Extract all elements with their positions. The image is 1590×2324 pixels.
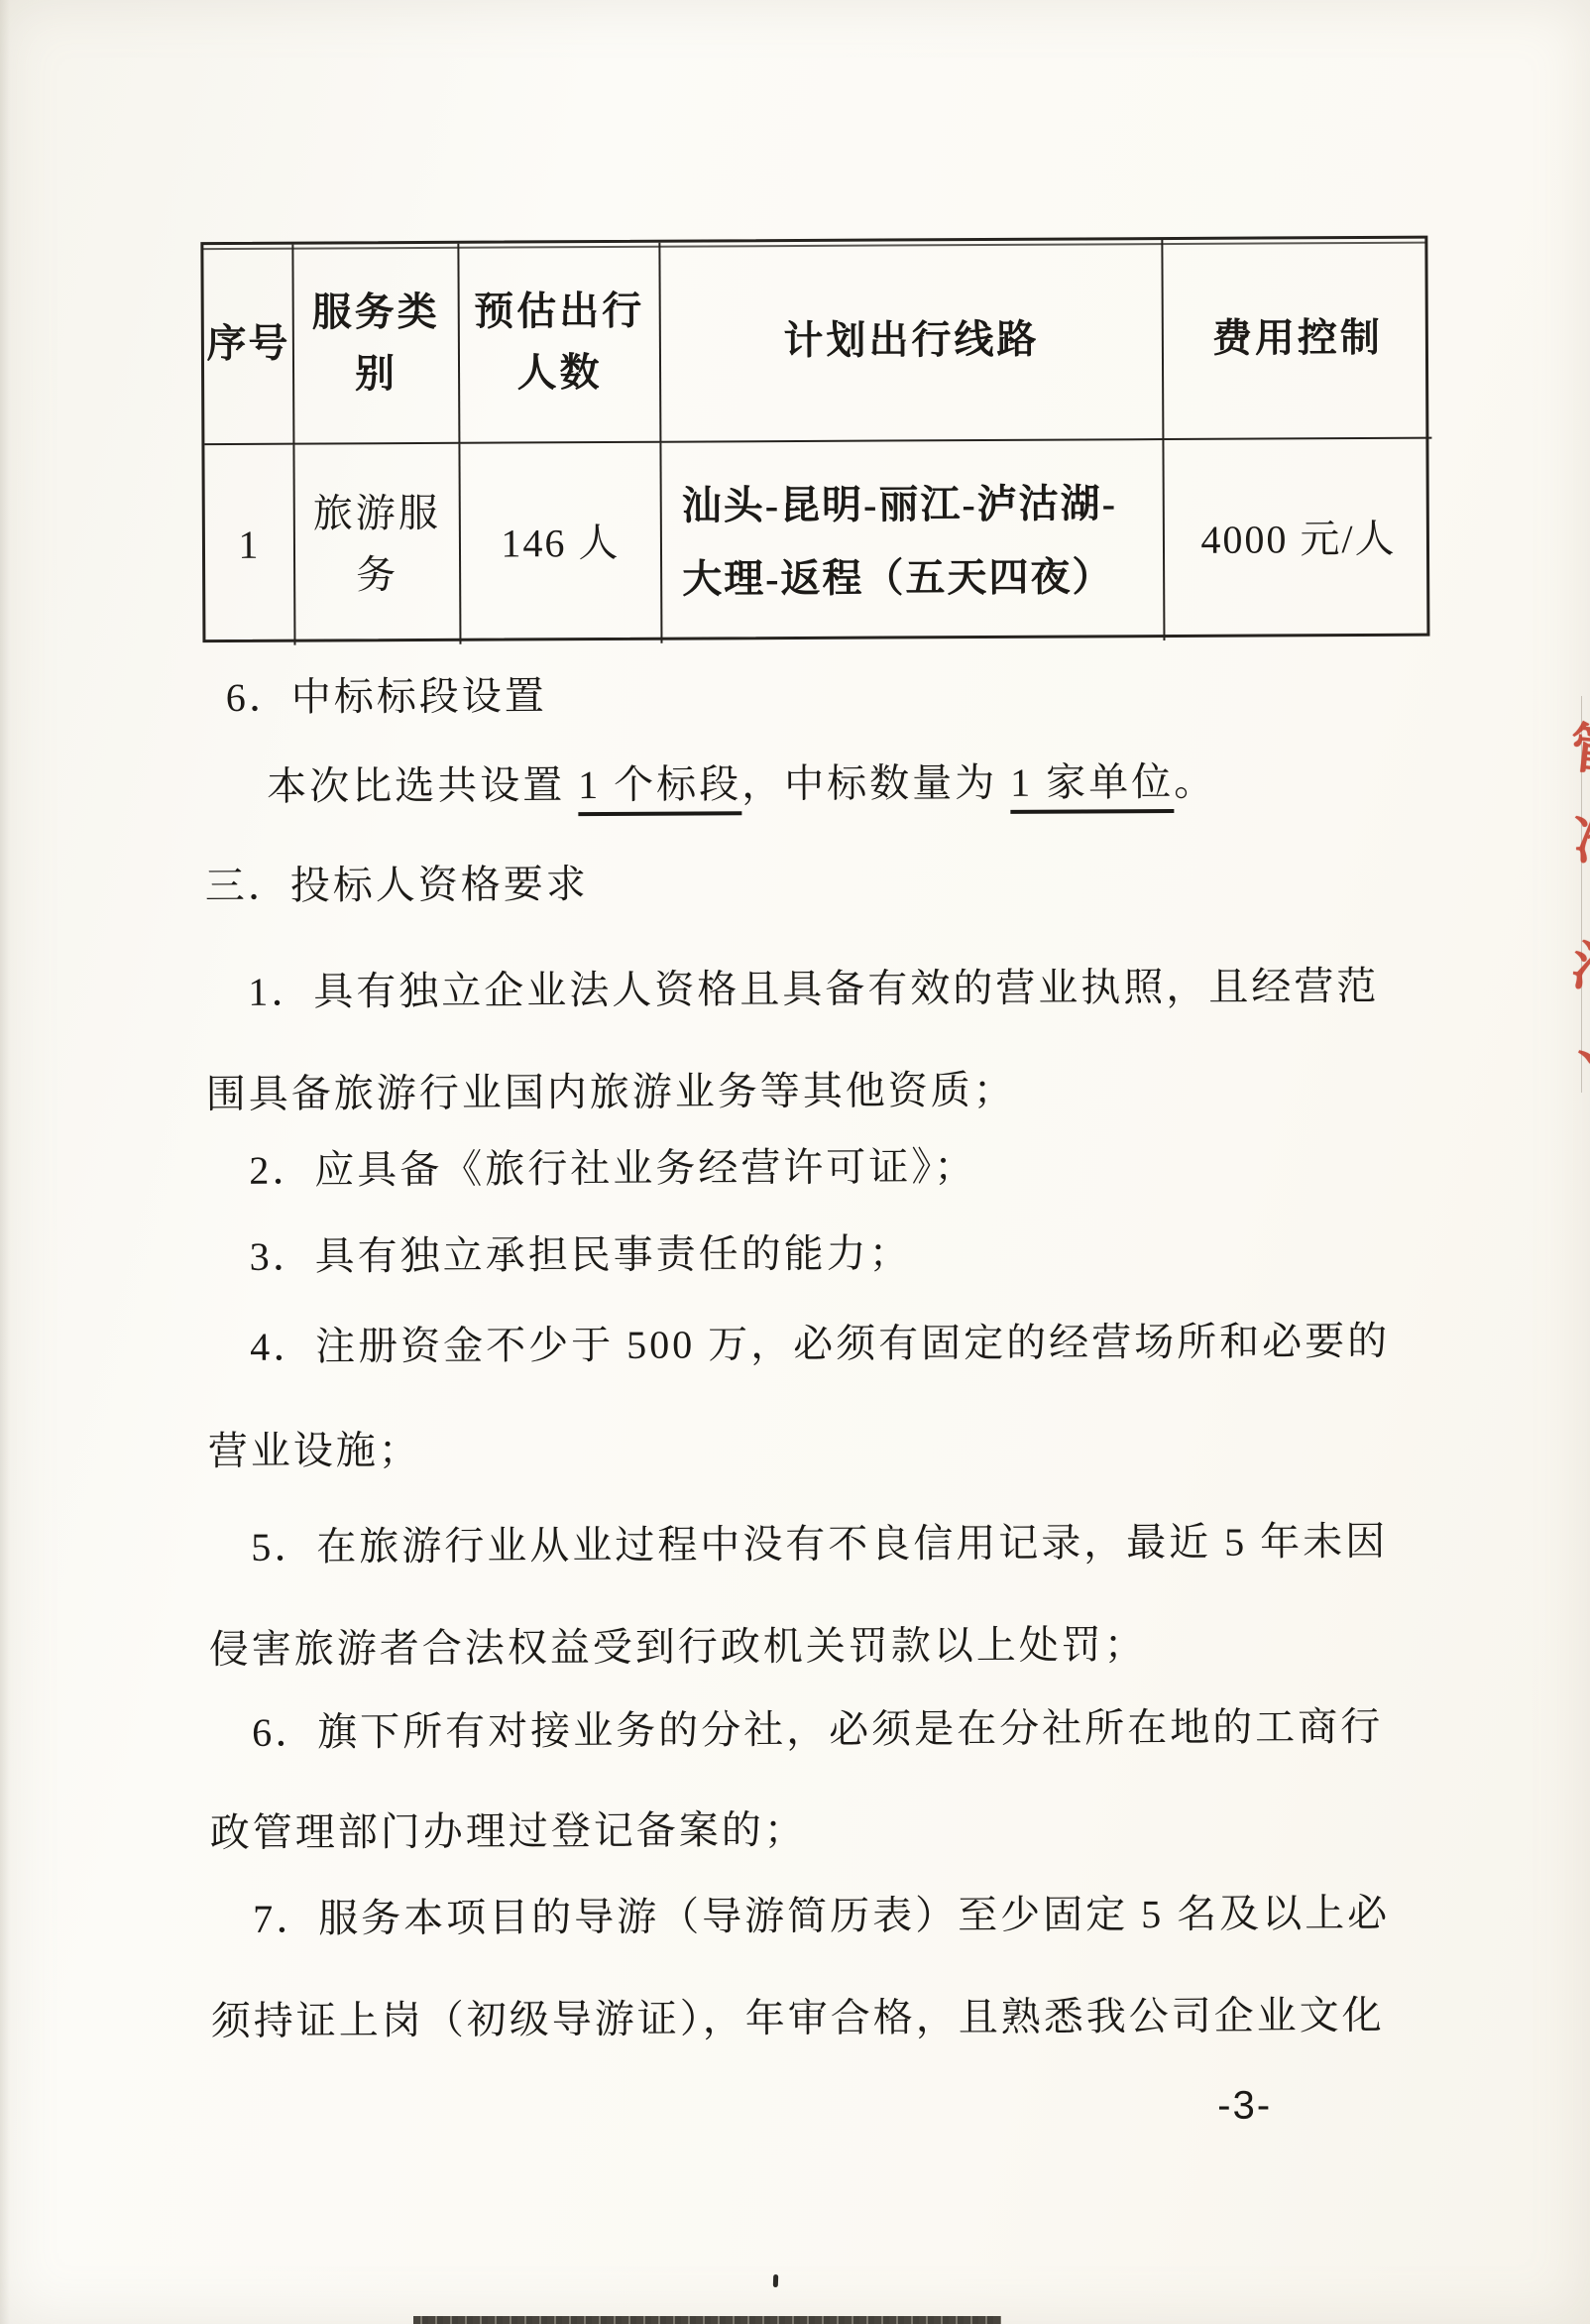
bid-underlined-1: 1 个标段 <box>578 761 741 816</box>
heading-item6: 6．中标标段设置 <box>226 673 547 725</box>
req-line: 3．具有独立承担民事责任的能力； <box>250 1230 912 1283</box>
bid-text-3: 。 <box>1174 759 1216 804</box>
heading-part3: 三．投标人资格要求 <box>205 862 589 913</box>
req-line: 7．服务本项目的导游（导游简历表）至少固定 5 名及以上必 <box>253 1891 1390 1946</box>
req-line: 5．在旅游行业从业过程中没有不良信用记录，最近 5 年未因 <box>251 1519 1388 1574</box>
red-ink-fragment: 冷 <box>1572 811 1590 869</box>
table-header-people: 预估出行人数 <box>459 243 661 444</box>
bid-text-1: 本次比选共设置 <box>267 762 578 809</box>
scan-speck <box>773 2274 778 2287</box>
bid-text-2: ，中标数量为 <box>741 760 1010 806</box>
scan-left-edge-shade <box>0 0 10 2324</box>
table-cell-people: 146 人 <box>460 443 662 644</box>
page-number: -3- <box>1217 2083 1272 2128</box>
table-cell-category: 旅游服务 <box>294 444 461 645</box>
service-table: 序号 服务类别 预估出行人数 计划出行线路 费用控制 1 旅游服务 146 人 … <box>200 236 1429 642</box>
table-header-seq: 序号 <box>203 245 294 445</box>
scanned-document-page: 序号 服务类别 预估出行人数 计划出行线路 费用控制 1 旅游服务 146 人 … <box>0 0 1590 2324</box>
req-line: 围具备旅游行业国内旅游业务等其他资质； <box>206 1068 1016 1121</box>
req-line: 侵害旅游者合法权益受到行政机关罚款以上处罚； <box>209 1622 1147 1677</box>
bid-section-line: 本次比选共设置 1 个标段，中标数量为 1 家单位。 <box>267 759 1216 814</box>
req-line: 政管理部门办理过登记备案的； <box>210 1807 807 1860</box>
table-cell-route: 汕头-昆明-丽江-泸沽湖- 大理-返程（五天四夜） <box>661 440 1165 643</box>
scan-bottom-strip <box>413 2316 1001 2324</box>
bid-underlined-2: 1 家单位 <box>1010 759 1174 814</box>
table-header-category: 服务类别 <box>293 244 460 445</box>
table-cell-fee: 4000 元/人 <box>1164 439 1432 640</box>
req-line: 2．应具备《旅行社业务经营许可证》； <box>249 1144 976 1198</box>
req-line: 4．注册资金不少于 500 万，必须有固定的经营场所和必要的 <box>250 1319 1390 1374</box>
req-line: 1．具有独立企业法人资格且具备有效的营业执照，且经营范 <box>248 964 1379 1019</box>
table-header-fee: 费用控制 <box>1163 239 1431 440</box>
req-line: 营业设施； <box>208 1428 421 1478</box>
route-line-1: 汕头-昆明-丽江-泸沽湖- <box>682 467 1118 542</box>
route-line-2: 大理-返程（五天四夜） <box>682 540 1114 616</box>
req-line: 6．旗下所有对接业务的分社，必须是在分社所在地的工商行 <box>252 1704 1383 1760</box>
page-content: 序号 服务类别 预估出行人数 计划出行线路 费用控制 1 旅游服务 146 人 … <box>0 0 1590 2324</box>
table-header-route: 计划出行线路 <box>660 240 1164 443</box>
req-line: 须持证上岗（初级导游证），年审合格，且熟悉我公司企业文化 <box>211 1993 1385 2048</box>
table-cell-seq: 1 <box>204 445 295 645</box>
